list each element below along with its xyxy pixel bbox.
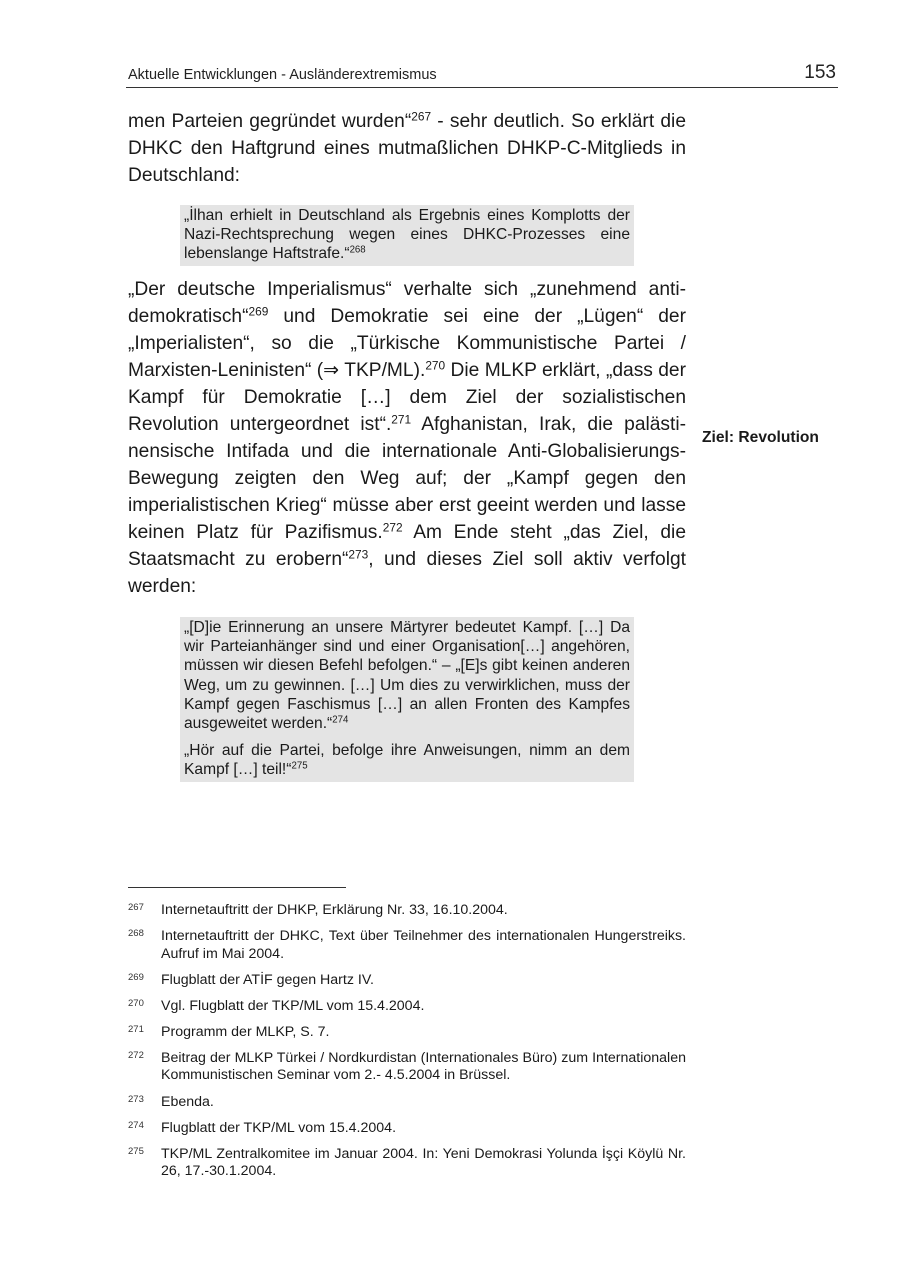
footnote-item: 271Programm der MLKP, S. 7. bbox=[128, 1024, 686, 1042]
footnote-text: Flugblatt der TKP/ML vom 15.4.2004. bbox=[161, 1120, 396, 1136]
block-quote-2: „[D]ie Erinnerung an unsere Märtyrer bed… bbox=[180, 617, 634, 782]
footnote-number: 272 bbox=[128, 1047, 144, 1065]
margin-note: Ziel: Revolution bbox=[702, 429, 819, 447]
footnote-number: 267 bbox=[128, 899, 144, 917]
body-paragraph-2: „Der deutsche Imperialismus“ verhalte si… bbox=[128, 276, 686, 600]
footnote-ref[interactable]: 268 bbox=[350, 245, 366, 256]
footnote-text: Ebenda. bbox=[161, 1094, 214, 1110]
page-number: 153 bbox=[804, 62, 836, 84]
footnote-number: 274 bbox=[128, 1117, 144, 1135]
footnote-text: Vgl. Flugblatt der TKP/ML vom 15.4.2004. bbox=[161, 998, 424, 1014]
running-title: Aktuelle Entwicklungen - Ausländerextrem… bbox=[128, 67, 437, 83]
footnote-text: Internetauftritt der DHKC, Text über Tei… bbox=[161, 928, 686, 962]
footnote-number: 268 bbox=[128, 925, 144, 943]
footnote-separator bbox=[128, 887, 346, 888]
footnote-ref[interactable]: 274 bbox=[332, 715, 348, 726]
footnote-item: 274Flugblatt der TKP/ML vom 15.4.2004. bbox=[128, 1120, 686, 1138]
footnote-number: 270 bbox=[128, 995, 144, 1013]
footnote-ref[interactable]: 275 bbox=[291, 761, 307, 772]
footnote-text: Programm der MLKP, S. 7. bbox=[161, 1024, 329, 1040]
footnote-ref[interactable]: 273 bbox=[348, 547, 368, 561]
footnote-item: 272Beitrag der MLKP Türkei / Nordkurdist… bbox=[128, 1050, 686, 1085]
footnote-number: 271 bbox=[128, 1021, 144, 1039]
footnote-number: 275 bbox=[128, 1143, 144, 1161]
footnote-item: 268Internetauftritt der DHKC, Text über … bbox=[128, 928, 686, 963]
footnote-ref[interactable]: 267 bbox=[411, 109, 431, 123]
footnote-ref[interactable]: 269 bbox=[249, 304, 269, 318]
footnote-text: Internetauftritt der DHKP, Erklärung Nr.… bbox=[161, 902, 508, 918]
footnote-item: 269Flugblatt der ATİF gegen Hartz IV. bbox=[128, 972, 686, 990]
footnote-text: TKP/ML Zentralkomitee im Januar 2004. In… bbox=[161, 1146, 686, 1180]
footnote-number: 273 bbox=[128, 1091, 144, 1109]
footnote-text: Flugblatt der ATİF gegen Hartz IV. bbox=[161, 972, 374, 988]
footnote-ref[interactable]: 272 bbox=[383, 520, 403, 534]
page-header: Aktuelle Entwicklungen - Ausländerextrem… bbox=[126, 60, 838, 88]
footnote-text: Beitrag der MLKP Türkei / Nordkurdistan … bbox=[161, 1050, 686, 1084]
footnote-item: 275TKP/ML Zentralkomitee im Januar 2004.… bbox=[128, 1146, 686, 1181]
footnote-ref[interactable]: 271 bbox=[391, 412, 411, 426]
footnote-number: 269 bbox=[128, 969, 144, 987]
footnote-item: 270Vgl. Flugblatt der TKP/ML vom 15.4.20… bbox=[128, 998, 686, 1016]
body-paragraph-1: men Parteien gegründet wurden“267 - sehr… bbox=[128, 108, 686, 189]
block-quote-1: „İlhan erhielt in Deutschland als Ergebn… bbox=[180, 205, 634, 266]
footnotes: 267Internetauftritt der DHKP, Erklärung … bbox=[128, 902, 686, 1189]
footnote-item: 267Internetauftritt der DHKP, Erklärung … bbox=[128, 902, 686, 920]
footnote-item: 273Ebenda. bbox=[128, 1094, 686, 1112]
footnote-ref[interactable]: 270 bbox=[425, 358, 445, 372]
